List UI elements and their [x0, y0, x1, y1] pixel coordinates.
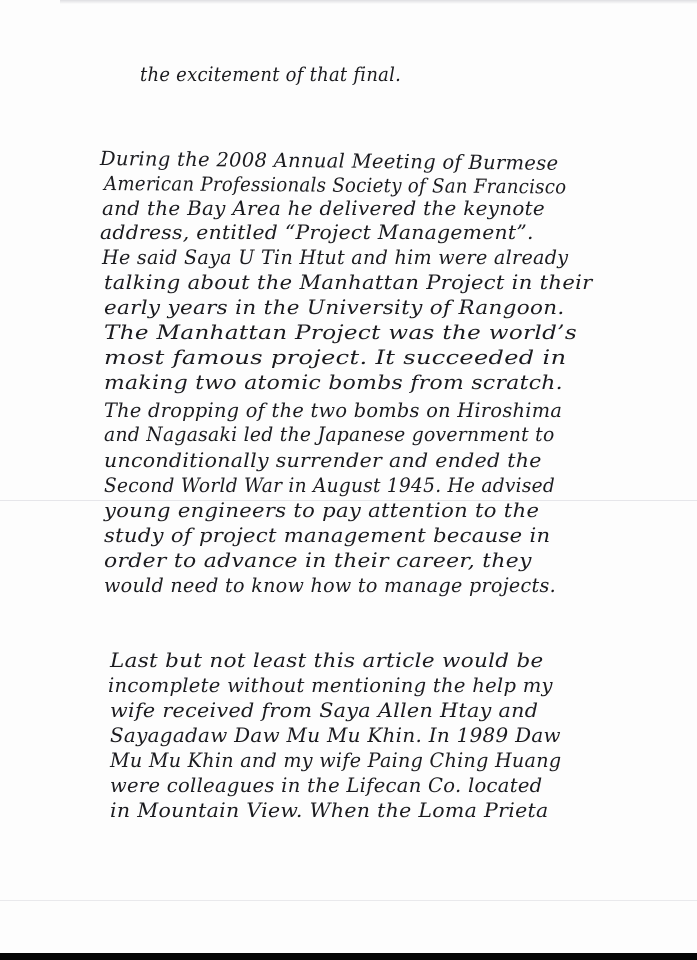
text-line: wife received from Saya Allen Htay and [110, 700, 538, 722]
text-line: The Manhattan Project was the world’s [104, 322, 577, 344]
text-line: the excitement of that final. [140, 64, 401, 86]
scanned-page: the excitement of that final. During the… [0, 0, 697, 953]
text-line: early years in the University of Rangoon… [104, 297, 565, 319]
text-line: young engineers to pay attention to the [104, 500, 539, 522]
text-line: order to advance in their career, they [104, 550, 532, 572]
text-line: He said Saya U Tin Htut and him were alr… [102, 247, 568, 269]
text-line: most famous project. It succeeded in [104, 347, 566, 369]
text-line: were colleagues in the Lifecan Co. locat… [110, 775, 542, 797]
text-line: incomplete without mentioning the help m… [108, 675, 553, 697]
text-line: and Nagasaki led the Japanese government… [104, 424, 555, 446]
text-line: Mu Mu Khin and my wife Paing Ching Huang [110, 750, 561, 772]
text-line: talking about the Manhattan Project in t… [104, 272, 593, 294]
text-line: The dropping of the two bombs on Hiroshi… [104, 400, 562, 422]
text-line: During the 2008 Annual Meeting of Burmes… [100, 148, 559, 175]
page-top-shadow [60, 0, 697, 4]
paper-edge-line [0, 900, 697, 901]
text-line: Last but not least this article would be [110, 650, 544, 672]
text-line: Sayagadaw Daw Mu Mu Khin. In 1989 Daw [110, 725, 561, 747]
text-line: study of project management because in [104, 525, 550, 547]
text-line: and the Bay Area he delivered the keynot… [102, 198, 545, 220]
text-line: unconditionally surrender and ended the [104, 450, 542, 472]
text-line: address, entitled “Project Management”. [100, 222, 534, 244]
text-line: Second World War in August 1945. He advi… [104, 475, 555, 497]
text-line: in Mountain View. When the Loma Prieta [110, 800, 549, 822]
text-line: American Professionals Society of San Fr… [104, 173, 567, 198]
text-line: making two atomic bombs from scratch. [104, 372, 563, 394]
text-line: would need to know how to manage project… [104, 575, 556, 597]
scan-bottom-border [0, 953, 697, 960]
